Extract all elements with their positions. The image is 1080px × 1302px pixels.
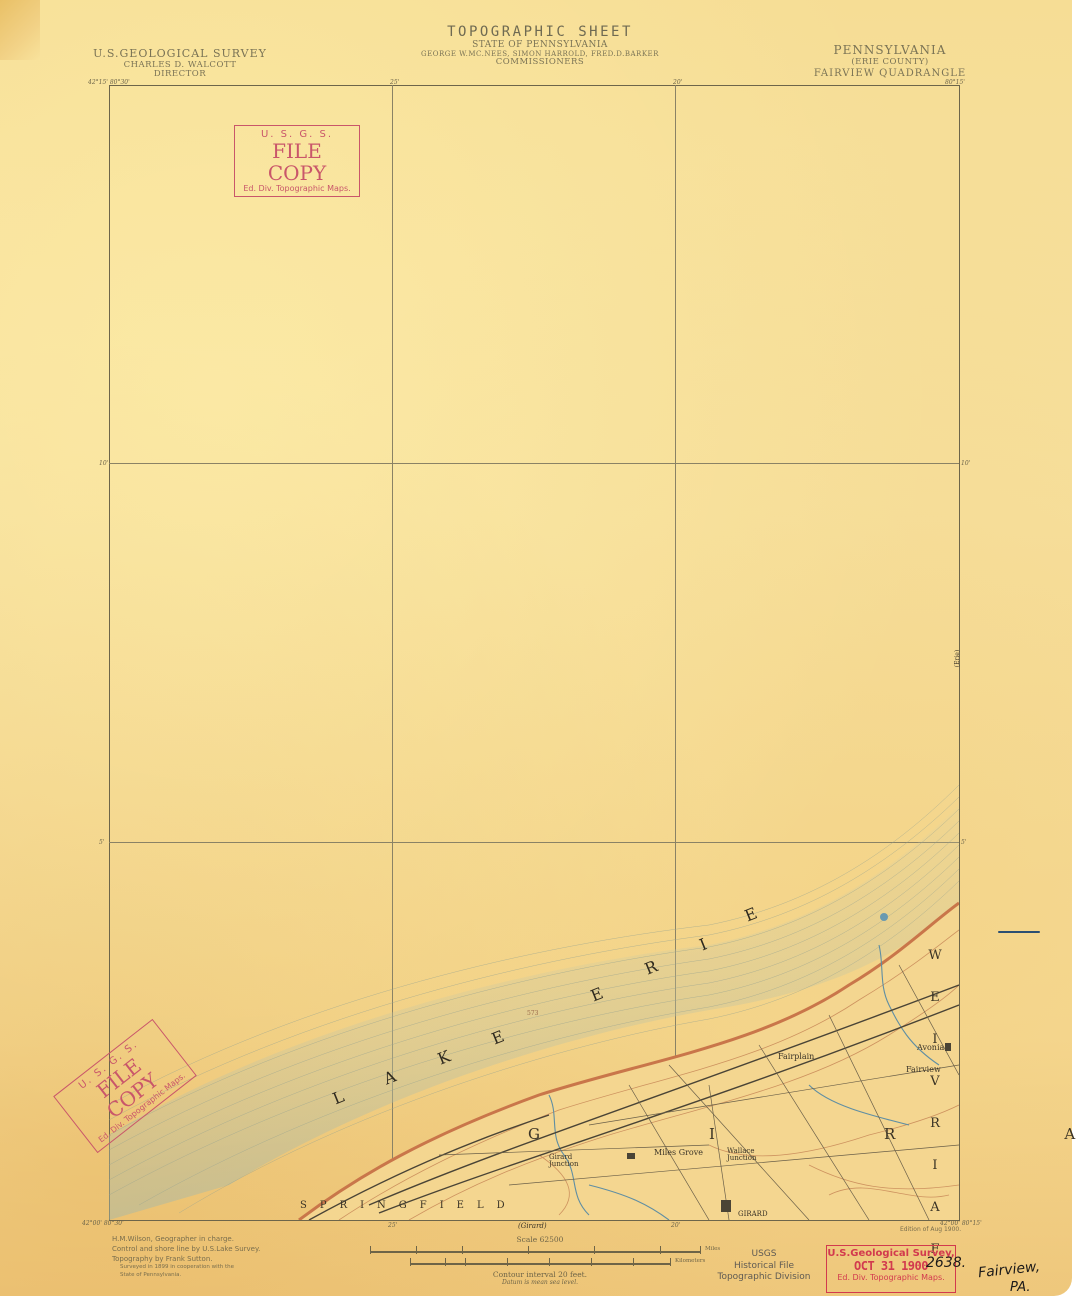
adjoining-sheet-note: (Erie) xyxy=(954,650,961,667)
scale-bar-miles: Miles xyxy=(365,1246,715,1256)
historical-file-usgs: USGS xyxy=(714,1249,814,1261)
credit-geographer: H.M.Wilson, Geographer in charge. xyxy=(112,1234,260,1244)
handwritten-place: Fairview, xyxy=(977,1259,1040,1281)
coord-bottom-left: 42°00' 80°30' xyxy=(82,1220,124,1227)
lake-depth-mark: 573 xyxy=(527,1010,538,1017)
historical-file-title: Historical File xyxy=(714,1261,814,1273)
place-girard-junction: GirardJunction xyxy=(549,1154,579,1168)
scale-label: Scale 62500 xyxy=(365,1235,715,1244)
coord-left-5: 5' xyxy=(99,839,104,846)
survey-name: U.S.GEOLOGICAL SURVEY xyxy=(80,48,280,61)
coord-right-5: 5' xyxy=(961,839,966,846)
township-fairview: WEIVRIAF xyxy=(928,935,942,1271)
handwritten-state: PA. xyxy=(1010,1280,1030,1295)
township-springfield: SPRINGFIELD xyxy=(300,1200,518,1211)
contour-interval: Contour interval 20 feet. xyxy=(365,1270,715,1279)
terrain-map xyxy=(109,85,959,1220)
place-miles-grove: Miles Grove xyxy=(654,1148,703,1157)
map-sheet: U.S.GEOLOGICAL SURVEY CHARLES D. WALCOTT… xyxy=(0,0,1072,1296)
pen-mark xyxy=(998,931,1040,933)
township-girard: G I R A R D xyxy=(528,1125,1080,1143)
stamp-division: Ed. Div. Topographic Maps. xyxy=(241,184,353,193)
header-survey-block: U.S.GEOLOGICAL SURVEY CHARLES D. WALCOTT… xyxy=(80,48,280,80)
historical-file-division: Topographic Division xyxy=(714,1272,814,1284)
credit-control: Control and shore line by U.S.Lake Surve… xyxy=(112,1244,260,1254)
sheet-title: TOPOGRAPHIC SHEET xyxy=(400,24,680,40)
file-copy-stamp: U. S. G. S. FILE COPY Ed. Div. Topograph… xyxy=(234,125,360,197)
coord-bottom-25: 25' xyxy=(388,1222,397,1229)
credit-surveyed: Surveyed in 1899 in cooperation with the xyxy=(112,1264,260,1272)
survey-credits: H.M.Wilson, Geographer in charge. Contro… xyxy=(112,1234,260,1280)
place-fairview: Fairview xyxy=(906,1065,941,1074)
place-girard: GIRARD xyxy=(738,1210,768,1218)
scale-block: Scale 62500 Miles Kilometers Contour int… xyxy=(365,1235,715,1286)
handwritten-number: 2638. xyxy=(926,1255,966,1271)
state-title: PENNSYLVANIA xyxy=(800,44,980,58)
quadrangle-name: FAIRVIEW QUADRANGLE xyxy=(800,68,980,80)
county-name: (ERIE COUNTY) xyxy=(800,58,980,68)
place-avonia: Avonia xyxy=(917,1043,944,1052)
coord-left-10: 10' xyxy=(99,460,108,467)
scale-bar-km: Kilometers xyxy=(365,1258,715,1268)
place-wallace-junction: WallaceJunction xyxy=(727,1148,757,1162)
edition-date: Edition of Aug 1900. xyxy=(900,1226,961,1233)
coord-bottom-20: 20' xyxy=(671,1222,680,1229)
header-quadrangle-block: PENNSYLVANIA (ERIE COUNTY) FAIRVIEW QUAD… xyxy=(800,44,980,79)
commissioners-label: COMMISSIONERS xyxy=(400,58,680,68)
credit-topography: Topography by Frank Sutton. xyxy=(112,1254,260,1264)
datum-note: Datum is mean sea level. xyxy=(365,1279,715,1286)
scale-km-unit: Kilometers xyxy=(675,1258,705,1264)
header-title-block: TOPOGRAPHIC SHEET STATE OF PENNSYLVANIA … xyxy=(400,24,680,68)
place-fairplain: Fairplain xyxy=(778,1052,814,1061)
corner-fold xyxy=(0,0,40,60)
adjoining-sheet-girard: (Girard) xyxy=(518,1222,547,1230)
credit-state: State of Pennsylvania. xyxy=(112,1272,260,1280)
historical-file-label: USGS Historical File Topographic Divisio… xyxy=(714,1249,814,1284)
state-name: STATE OF PENNSYLVANIA xyxy=(400,40,680,50)
coord-right-10: 10' xyxy=(961,460,970,467)
stamp-file-copy: FILE COPY xyxy=(241,140,353,184)
received-stamp-division: Ed. Div. Topographic Maps. xyxy=(827,1273,955,1282)
